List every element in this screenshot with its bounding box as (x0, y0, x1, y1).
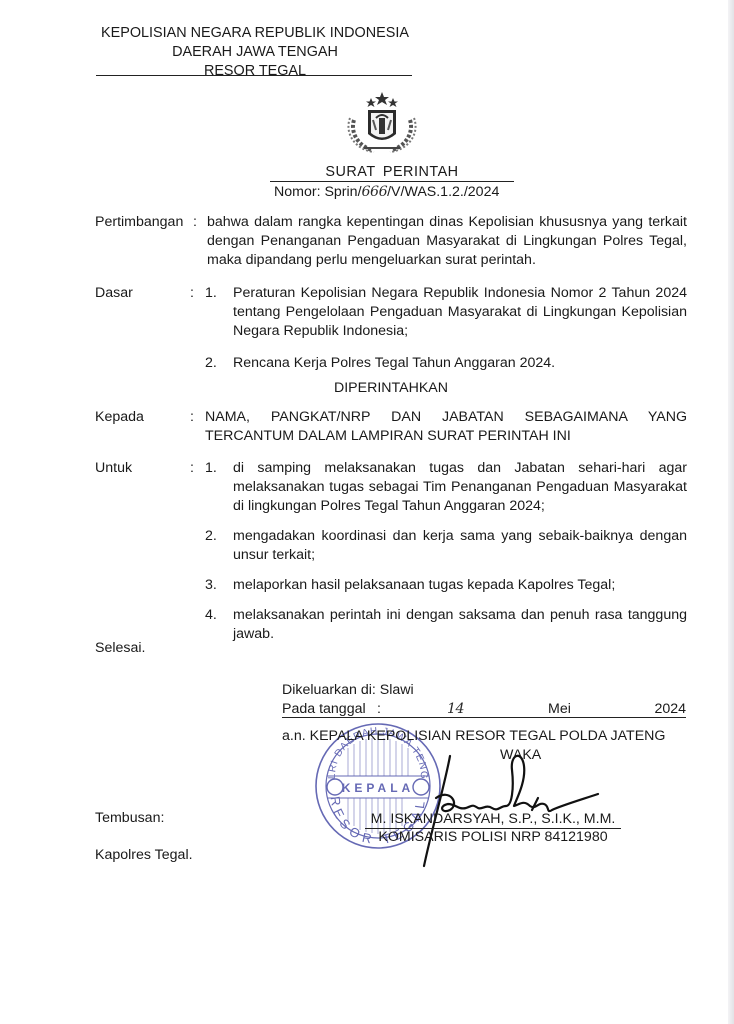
document-title: SURAT PERINTAH (270, 164, 514, 181)
letterhead-institution: KEPOLISIAN NEGARA REPUBLIK INDONESIA (95, 24, 415, 43)
dasar-item: 2. Rencana Kerja Polres Tegal Tahun Angg… (205, 354, 687, 373)
letterhead-rule (96, 75, 412, 76)
page-edge-shadow (728, 0, 734, 1024)
kepada-colon: : (190, 408, 194, 427)
item-number: 2. (205, 527, 217, 546)
untuk-item: 2. mengadakan koordinasi dan kerja sama … (205, 527, 687, 565)
item-number: 1. (205, 459, 217, 478)
item-text: di samping melaksanakan tugas dan Jabata… (233, 460, 687, 514)
document-number: Nomor: Sprin/666/V/WAS.1.2./2024 (270, 184, 514, 201)
untuk-item: 3. melaporkan hasil pelaksanaan tugas ke… (205, 576, 687, 595)
kepada-text: NAMA, PANGKAT/NRP DAN JABATAN SEBAGAIMAN… (205, 408, 687, 446)
untuk-label: Untuk (95, 459, 132, 478)
item-number: 2. (205, 354, 217, 373)
pertimbangan-label: Pertimbangan (95, 213, 183, 232)
item-number: 4. (205, 606, 217, 625)
kepada-label: Kepada (95, 408, 144, 427)
number-suffix: /V/WAS.1.2./2024 (387, 184, 499, 200)
signer-block: M. ISKANDARSYAH, S.P., S.I.K., M.M. KOMI… (363, 811, 623, 846)
issued-at-label: Dikeluarkan di: (282, 682, 376, 698)
signer-rank-nrp: KOMISARIS POLISI NRP 84121980 (363, 829, 623, 846)
item-number: 1. (205, 284, 217, 303)
polri-emblem-icon (340, 90, 424, 156)
untuk-item: 1. di samping melaksanakan tugas dan Jab… (205, 459, 687, 516)
number-prefix: Nomor: Sprin/ (274, 184, 362, 200)
item-number: 3. (205, 576, 217, 595)
issued-at-place: Slawi (380, 682, 414, 698)
handwritten-signature-icon (420, 748, 610, 868)
pertimbangan-colon: : (193, 213, 197, 232)
item-text: Rencana Kerja Polres Tegal Tahun Anggara… (233, 355, 555, 371)
untuk-item: 4. melaksanakan perintah ini dengan saks… (205, 606, 687, 644)
dasar-list: 1. Peraturan Kepolisian Negara Republik … (205, 284, 687, 373)
letterhead-region: DAERAH JAWA TENGAH (95, 43, 415, 62)
tembusan-label: Tembusan: (95, 810, 164, 826)
untuk-list: 1. di samping melaksanakan tugas dan Jab… (205, 459, 687, 644)
tembusan-recipient: Kapolres Tegal. (95, 847, 193, 863)
letterhead-unit: RESOR TEGAL (95, 62, 415, 81)
item-text: melaporkan hasil pelaksanaan tugas kepad… (233, 577, 615, 593)
number-handwritten: 666 (362, 184, 388, 200)
signer-name: M. ISKANDARSYAH, S.P., S.I.K., M.M. (363, 811, 623, 828)
dasar-colon: : (190, 284, 194, 303)
stamp-center-text: KEPALA (342, 781, 414, 795)
on-behalf-line: a.n. KEPALA KEPOLISIAN RESOR TEGAL POLDA… (282, 727, 686, 746)
pertimbangan-text: bahwa dalam rangka kepentingan dinas Kep… (207, 213, 687, 270)
dasar-item: 1. Peraturan Kepolisian Negara Republik … (205, 284, 687, 341)
issued-at: Dikeluarkan di: Slawi (282, 681, 686, 700)
letterhead: KEPOLISIAN NEGARA REPUBLIK INDONESIA DAE… (95, 24, 415, 81)
item-text: Peraturan Kepolisian Negara Republik Ind… (233, 285, 687, 339)
item-text: mengadakan koordinasi dan kerja sama yan… (233, 528, 687, 563)
item-text: melaksanakan perintah ini dengan saksama… (233, 607, 687, 642)
date-underline (282, 717, 686, 718)
dasar-label: Dasar (95, 284, 133, 303)
untuk-colon: : (190, 459, 194, 478)
title-rule (270, 181, 514, 182)
closing-selesai: Selesai. (95, 640, 145, 656)
diperintahkan-heading: DIPERINTAHKAN (95, 380, 687, 396)
issued-date: Pada tanggal : 14 Mei 2024 (282, 700, 686, 719)
document-title-block: SURAT PERINTAH Nomor: Sprin/666/V/WAS.1.… (270, 164, 514, 201)
